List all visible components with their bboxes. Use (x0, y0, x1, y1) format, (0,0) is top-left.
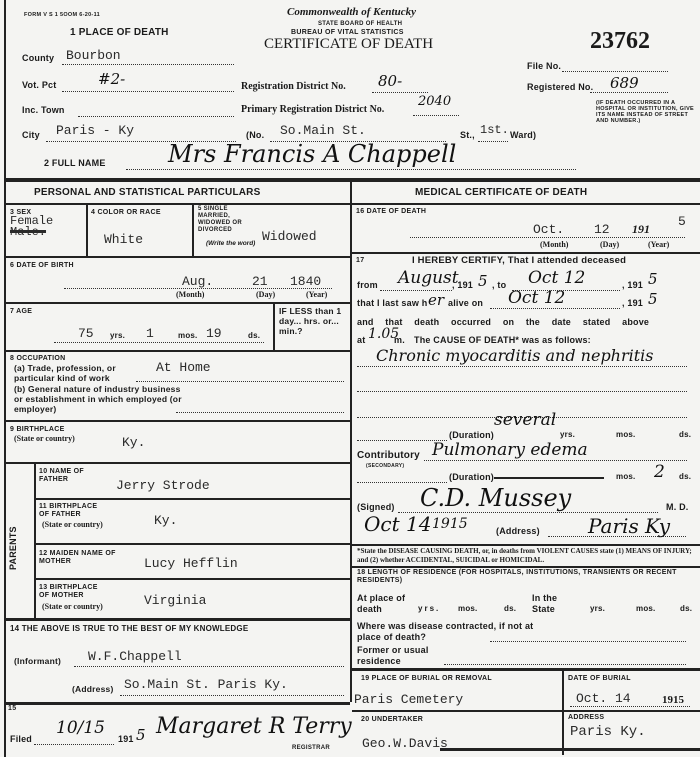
mother-birthplace-label: 13 BIRTHPLACE OF MOTHER (39, 584, 99, 600)
mother-birthplace-value: Virginia (144, 593, 206, 608)
registration-district-value: 80- (378, 72, 402, 90)
place-of-death-label: 1 PLACE OF DEATH (70, 27, 169, 38)
dod-year-suffix: 5 (678, 214, 686, 229)
undertaker-value: Geo.W.Davis (362, 736, 448, 751)
commonwealth-title: Commonwealth of Kentucky (287, 6, 416, 18)
primary-district-label: Primary Registration District No. (241, 104, 384, 115)
burial-place-value: Paris Cemetery (354, 692, 463, 707)
occupation-a-label: (a) Trade, profession, or particular kin… (14, 363, 144, 383)
inc-town-label: Inc. Town (22, 105, 65, 115)
informant-address-label: (Address) (72, 684, 113, 694)
father-birthplace-label: 11 BIRTHPLACE OF FATHER (39, 503, 99, 519)
birthplace-value: Ky. (122, 435, 145, 450)
dod-month: Oct. (533, 222, 564, 237)
last-saw-pronoun: er (428, 291, 444, 309)
dob-year: 1840 (290, 274, 321, 289)
full-name-label: 2 FULL NAME (44, 158, 106, 168)
dob-day: 21 (252, 274, 268, 289)
dob-label: 6 DATE OF BIRTH (10, 262, 74, 270)
physician-address-label: (Address) (496, 526, 540, 536)
filed-label: Filed (10, 734, 32, 744)
city-value: Paris - Ky (56, 123, 134, 138)
registrar-signature: Margaret R Terry (156, 714, 352, 739)
vot-pct-value: #2- (98, 70, 125, 88)
primary-district-value: 2040 (418, 94, 451, 109)
contributory-label: Contributory (357, 450, 420, 461)
certificate-title: CERTIFICATE OF DEATH (264, 36, 433, 53)
filed-year-suffix: 5 (136, 726, 146, 744)
sex-struck-value: Male. (10, 227, 46, 238)
file-number: 23762 (590, 28, 650, 55)
age-years: 75 (78, 326, 94, 341)
burial-year: 1915 (662, 694, 684, 706)
less-than-day-label: IF LESS than 1 day... hrs. or... min.? (279, 306, 347, 336)
informant-statement: 14 THE ABOVE IS TRUE TO THE BEST OF MY K… (10, 624, 248, 633)
street-value: So.Main St. (280, 123, 366, 138)
dob-month: Aug. (182, 274, 213, 289)
signed-year: 1915 (432, 516, 468, 532)
former-residence-label: Former or usual residence (357, 645, 457, 667)
undertaker-label: 20 UNDERTAKER (361, 716, 423, 724)
personal-heading: PERSONAL AND STATISTICAL PARTICULARS (34, 187, 260, 198)
age-days: 19 (206, 326, 222, 341)
attended-to-year: 5 (648, 270, 658, 288)
hospital-note: (If death occurred in a hospital or inst… (596, 100, 696, 124)
ward-value: 1st. (480, 123, 509, 137)
header-divider (6, 178, 700, 182)
father-birthplace-value: Ky. (154, 513, 177, 528)
occupation-b-label: (b) General nature of industry business … (14, 384, 184, 414)
age-label: 7 AGE (10, 308, 32, 316)
informant-value: W.F.Chappell (88, 649, 182, 664)
informant-address-value: So.Main St. Paris Ky. (124, 677, 288, 692)
cause-duration: several (494, 410, 556, 430)
contracted-label: Where was disease contracted, if not at … (357, 621, 537, 643)
registration-district-label: Registration District No. (241, 81, 346, 92)
ward-label: Ward) (510, 130, 536, 140)
contributory-duration-days: 2 (654, 462, 665, 482)
last-saw-date: Oct 12 (508, 288, 565, 308)
attended-to: Oct 12 (528, 268, 585, 288)
registrar-label: REGISTRAR (292, 744, 330, 752)
color-label: 4 COLOR OR RACE (91, 209, 161, 217)
birthplace-label: 9 BIRTHPLACE (10, 426, 65, 434)
marital-value: Widowed (262, 229, 317, 244)
city-label: City (22, 130, 40, 140)
mother-name-value: Lucy Hefflin (144, 556, 238, 571)
contributory-cause: Pulmonary edema (432, 440, 588, 460)
mother-name-label: 12 MAIDEN NAME OF MOTHER (39, 550, 129, 566)
residence-label: 18 LENGTH OF RESIDENCE (FOR HOSPITALS, I… (357, 569, 695, 585)
color-value: White (104, 232, 143, 247)
occurred-statement: and that death occurred on the date stat… (357, 317, 649, 327)
in-state-label: In the State (532, 593, 582, 615)
burial-date-label: DATE OF BURIAL (568, 675, 631, 683)
full-name-value: Mrs Francis A Chappell (168, 140, 456, 168)
last-saw-year: 5 (648, 290, 658, 308)
parents-side-label: PARENTS (8, 490, 18, 570)
dod-label: 16 DATE OF DEATH (356, 208, 426, 216)
occupation-value: At Home (156, 360, 211, 375)
board-title: STATE BOARD OF HEALTH (318, 20, 402, 28)
form-code: FORM V S 1 5OOM 6-20-11 (24, 11, 100, 19)
marital-hint: (Write the word) (206, 240, 255, 247)
signed-label: (Signed) (357, 502, 395, 512)
st-label: St., (460, 130, 475, 140)
physician-signature: C.D. Mussey (420, 484, 571, 512)
vot-pct-label: Vot. Pct (22, 80, 56, 90)
father-name-value: Jerry Strode (116, 478, 210, 493)
county-label: County (22, 53, 54, 63)
father-name-label: 10 NAME OF FATHER (39, 468, 95, 484)
cause-label: The CAUSE OF DEATH* was as follows: (414, 335, 591, 345)
burial-place-label: 19 PLACE OF BURIAL OR REMOVAL (361, 675, 492, 683)
occupation-label: 8 OCCUPATION (10, 355, 65, 363)
marital-label: 5 SINGLE MARRIED, WIDOWED OR DIVORCED (198, 206, 260, 234)
center-divider (350, 182, 352, 702)
age-months: 1 (146, 326, 154, 341)
cause-of-death: Chronic myocarditis and nephritis (376, 346, 654, 365)
filed-date: 10/15 (56, 718, 105, 738)
county-value: Bourbon (66, 48, 121, 63)
registered-no-value: 689 (610, 74, 639, 92)
undertaker-address-label: ADDRESS (568, 714, 604, 722)
informant-label: (Informant) (14, 656, 61, 666)
physician-address: Paris Ky (588, 514, 670, 538)
at-place-label: At place of death (357, 593, 417, 615)
burial-date-value: Oct. 14 (576, 691, 631, 706)
undertaker-address-value: Paris Ky. (570, 724, 646, 740)
attended-from-year: 5 (478, 272, 488, 290)
dod-day: 12 (594, 222, 610, 237)
death-certificate: FORM V S 1 5OOM 6-20-11 1 PLACE OF DEATH… (0, 0, 700, 757)
registered-no-label: Registered No. (527, 82, 593, 92)
street-no-label: (No. (246, 130, 264, 140)
left-border (4, 0, 6, 757)
file-no-label: File No. (527, 61, 561, 71)
attended-from: August (398, 268, 459, 288)
certify-statement: I HEREBY CERTIFY, That I attended deceas… (412, 255, 626, 266)
cause-footnote: *State the DISEASE CAUSING DEATH, or, in… (357, 547, 695, 565)
signed-date: Oct 14 (364, 512, 431, 536)
medical-heading: MEDICAL CERTIFICATE OF DEATH (415, 187, 587, 198)
